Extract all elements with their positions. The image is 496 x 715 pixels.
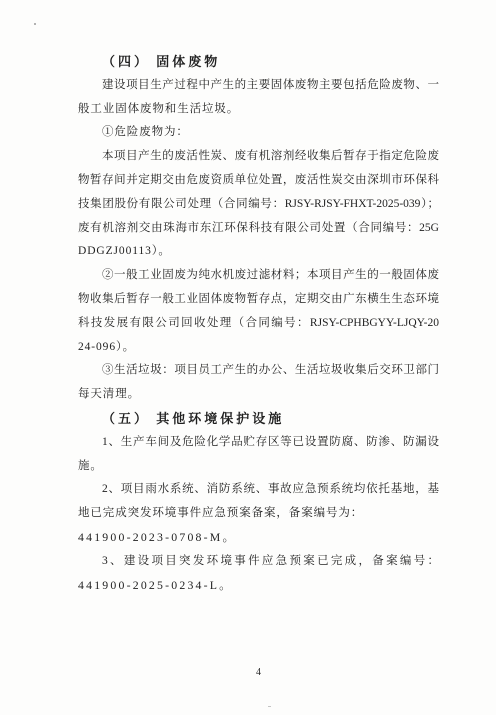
page-number: 4 bbox=[256, 667, 261, 678]
text-line: 每天清理。 bbox=[78, 383, 439, 407]
text-line: 施。 bbox=[78, 455, 439, 479]
text-line: 2、项目雨水系统、消防系统、事故应急预系统均依托基地，基 bbox=[78, 478, 439, 502]
text-line: 废有机溶剂交由珠海市东江环保科技有限公司处置（合同编号：25G bbox=[78, 217, 439, 241]
document-page: （四） 固体废物建设项目生产过程中产生的主要固体废物主要包括危险废物、一般工业固… bbox=[0, 0, 496, 715]
text-line: DDGZJ00113）。 bbox=[78, 240, 439, 264]
text-line: 科技发展有限公司回收处理（合同编号：RJSY-CPHBGYY-LJQY-20 bbox=[78, 312, 439, 336]
text-line: ①危险废物为： bbox=[78, 121, 439, 145]
scan-speck bbox=[268, 706, 271, 707]
text-line: 建设项目生产过程中产生的主要固体废物主要包括危险废物、一 bbox=[78, 74, 439, 98]
filing-number-line: 441900-2023-0708-M。 bbox=[78, 526, 439, 550]
section-heading: （五） 其他环境保护设施 bbox=[78, 407, 439, 431]
text-line: 地已完成突发环境事件应急预案备案，备案编号为： bbox=[78, 502, 439, 526]
text-line: 般工业固体废物和生活垃圾。 bbox=[78, 98, 439, 122]
document-body: （四） 固体废物建设项目生产过程中产生的主要固体废物主要包括危险废物、一般工业固… bbox=[78, 50, 439, 597]
filing-number-line: 441900-2025-0234-L。 bbox=[78, 574, 439, 598]
text-line: 物暂存间并定期交由危废资质单位处置，废活性炭交由深圳市环保科 bbox=[78, 169, 439, 193]
text-line: 1、生产车间及危险化学品贮存区等已设置防腐、防渗、防漏设 bbox=[78, 431, 439, 455]
text-line: 技集团股份有限公司处理（合同编号：RJSY-RJSY-FHXT-2025-039… bbox=[78, 193, 439, 217]
scan-speck bbox=[34, 23, 36, 25]
text-line: 24-096）。 bbox=[78, 336, 439, 360]
section-heading: （四） 固体废物 bbox=[78, 50, 439, 74]
text-line: 3、建设项目突发环境事件应急预案已完成，备案编号： bbox=[78, 550, 439, 574]
text-line: ③生活垃圾：项目员工产生的办公、生活垃圾收集后交环卫部门 bbox=[78, 359, 439, 383]
text-line: 本项目产生的废活性炭、废有机溶剂经收集后暂存于指定危险废 bbox=[78, 145, 439, 169]
text-line: 物收集后暂存一般工业固体废物暂存点，定期交由广东横生生态环境 bbox=[78, 288, 439, 312]
text-line: ②一般工业固废为纯水机废过滤材料；本项目产生的一般固体废 bbox=[78, 264, 439, 288]
page-footer: 4 bbox=[78, 662, 439, 680]
